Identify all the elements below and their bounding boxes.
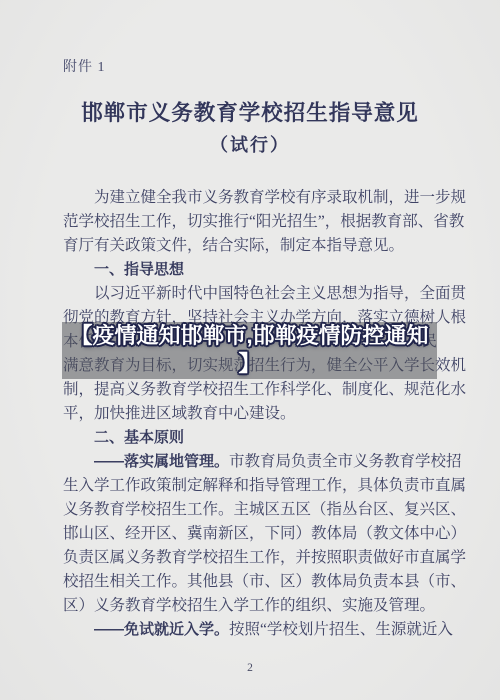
document-line: 义务教育学校招生工作。主城区五区（指丛台区、复兴区、 xyxy=(63,498,437,522)
line-bold-lead: ——落实属地管理。 xyxy=(94,453,229,470)
document-line: ——免试就近入学。按照“学校划片招生、生源就近入 xyxy=(63,618,437,642)
line-text: 区）义务教育学校招生入学工作的组织、实施及管理。 xyxy=(63,597,435,614)
line-text: 育厅有关政策文件，结合实际，制定本指导意见。 xyxy=(63,237,404,254)
document-body: 为建立健全我市义务教育学校有序录取机制，进一步规范学校招生工作，切实推行“阳光招… xyxy=(63,186,437,642)
line-text: 二、基本原则 xyxy=(94,429,184,446)
document-line: 负责区属义务教育学校招生工作，并按照职责做好市直属学 xyxy=(63,546,437,570)
line-bold-lead: ——免试就近入学。 xyxy=(94,621,229,638)
line-text: 范学校招生工作，切实推行“阳光招生”，根据教育部、省教 xyxy=(63,213,464,230)
document-line: 以习近平新时代中国特色社会主义思想为指导，全面贯 xyxy=(63,282,437,306)
line-text: 一、指导思想 xyxy=(94,261,184,278)
document-line: 一、指导思想 xyxy=(63,258,437,282)
document-title-block: 邯郸市义务教育学校招生指导意见 （试行） xyxy=(62,98,438,158)
document-line: 制，提高义务教育学校招生工作科学化、制度化、规范化水 xyxy=(63,378,437,402)
document-line: ——落实属地管理。市教育局负责全市义务教育学校招 xyxy=(63,450,437,474)
line-text: 按照“学校划片招生、生源就近入 xyxy=(229,621,453,638)
document-line: 邯山区、经开区、冀南新区，下同）教体局（教文体中心） xyxy=(63,522,437,546)
document-subtitle: （试行） xyxy=(62,132,438,158)
document-line: 校招生相关工作。其他县（市、区）教体局负责本县（市、 xyxy=(63,570,437,594)
line-text: 义务教育学校招生工作。主城区五区（指丛台区、复兴区、 xyxy=(63,501,466,518)
line-text: 校招生相关工作。其他县（市、区）教体局负责本县（市、 xyxy=(63,573,466,590)
document-line: 为建立健全我市义务教育学校有序录取机制，进一步规 xyxy=(63,186,437,210)
document-line: 范学校招生工作，切实推行“阳光招生”，根据教育部、省教 xyxy=(63,210,437,234)
attachment-label: 附件 1 xyxy=(63,56,106,76)
document-line: 区）义务教育学校招生入学工作的组织、实施及管理。 xyxy=(63,594,437,618)
document-line: 育厅有关政策文件，结合实际，制定本指导意见。 xyxy=(63,234,437,258)
line-text: 平，加快推进区域教育中心建设。 xyxy=(63,405,296,422)
line-text: 制，提高义务教育学校招生工作科学化、制度化、规范化水 xyxy=(63,381,466,398)
document-line: 二、基本原则 xyxy=(63,426,437,450)
watermark-caption-band: 【疫情通知邯郸市,邯郸疫情防控通知 】 xyxy=(62,322,437,379)
page-number: 2 xyxy=(62,662,438,674)
line-text: 邯山区、经开区、冀南新区，下同）教体局（教文体中心） xyxy=(63,525,466,542)
watermark-caption-text-line2: 】 xyxy=(62,350,437,378)
line-text: 以习近平新时代中国特色社会主义思想为指导，全面贯 xyxy=(94,285,466,302)
watermark-caption-text-line1: 【疫情通知邯郸市,邯郸疫情防控通知 xyxy=(62,322,437,350)
document-photo: 附件 1 邯郸市义务教育学校招生指导意见 （试行） 为建立健全我市义务教育学校有… xyxy=(0,0,500,700)
line-text: 市教育局负责全市义务教育学校招 xyxy=(229,453,462,470)
line-text: 生入学工作政策制定解释和指导管理工作，具体负责市直属 xyxy=(63,477,466,494)
document-line: 平，加快推进区域教育中心建设。 xyxy=(63,402,437,426)
line-text: 负责区属义务教育学校招生工作，并按照职责做好市直属学 xyxy=(63,549,466,566)
document-title: 邯郸市义务教育学校招生指导意见 xyxy=(62,98,438,128)
line-text: 为建立健全我市义务教育学校有序录取机制，进一步规 xyxy=(94,189,466,206)
document-line: 生入学工作政策制定解释和指导管理工作，具体负责市直属 xyxy=(63,474,437,498)
